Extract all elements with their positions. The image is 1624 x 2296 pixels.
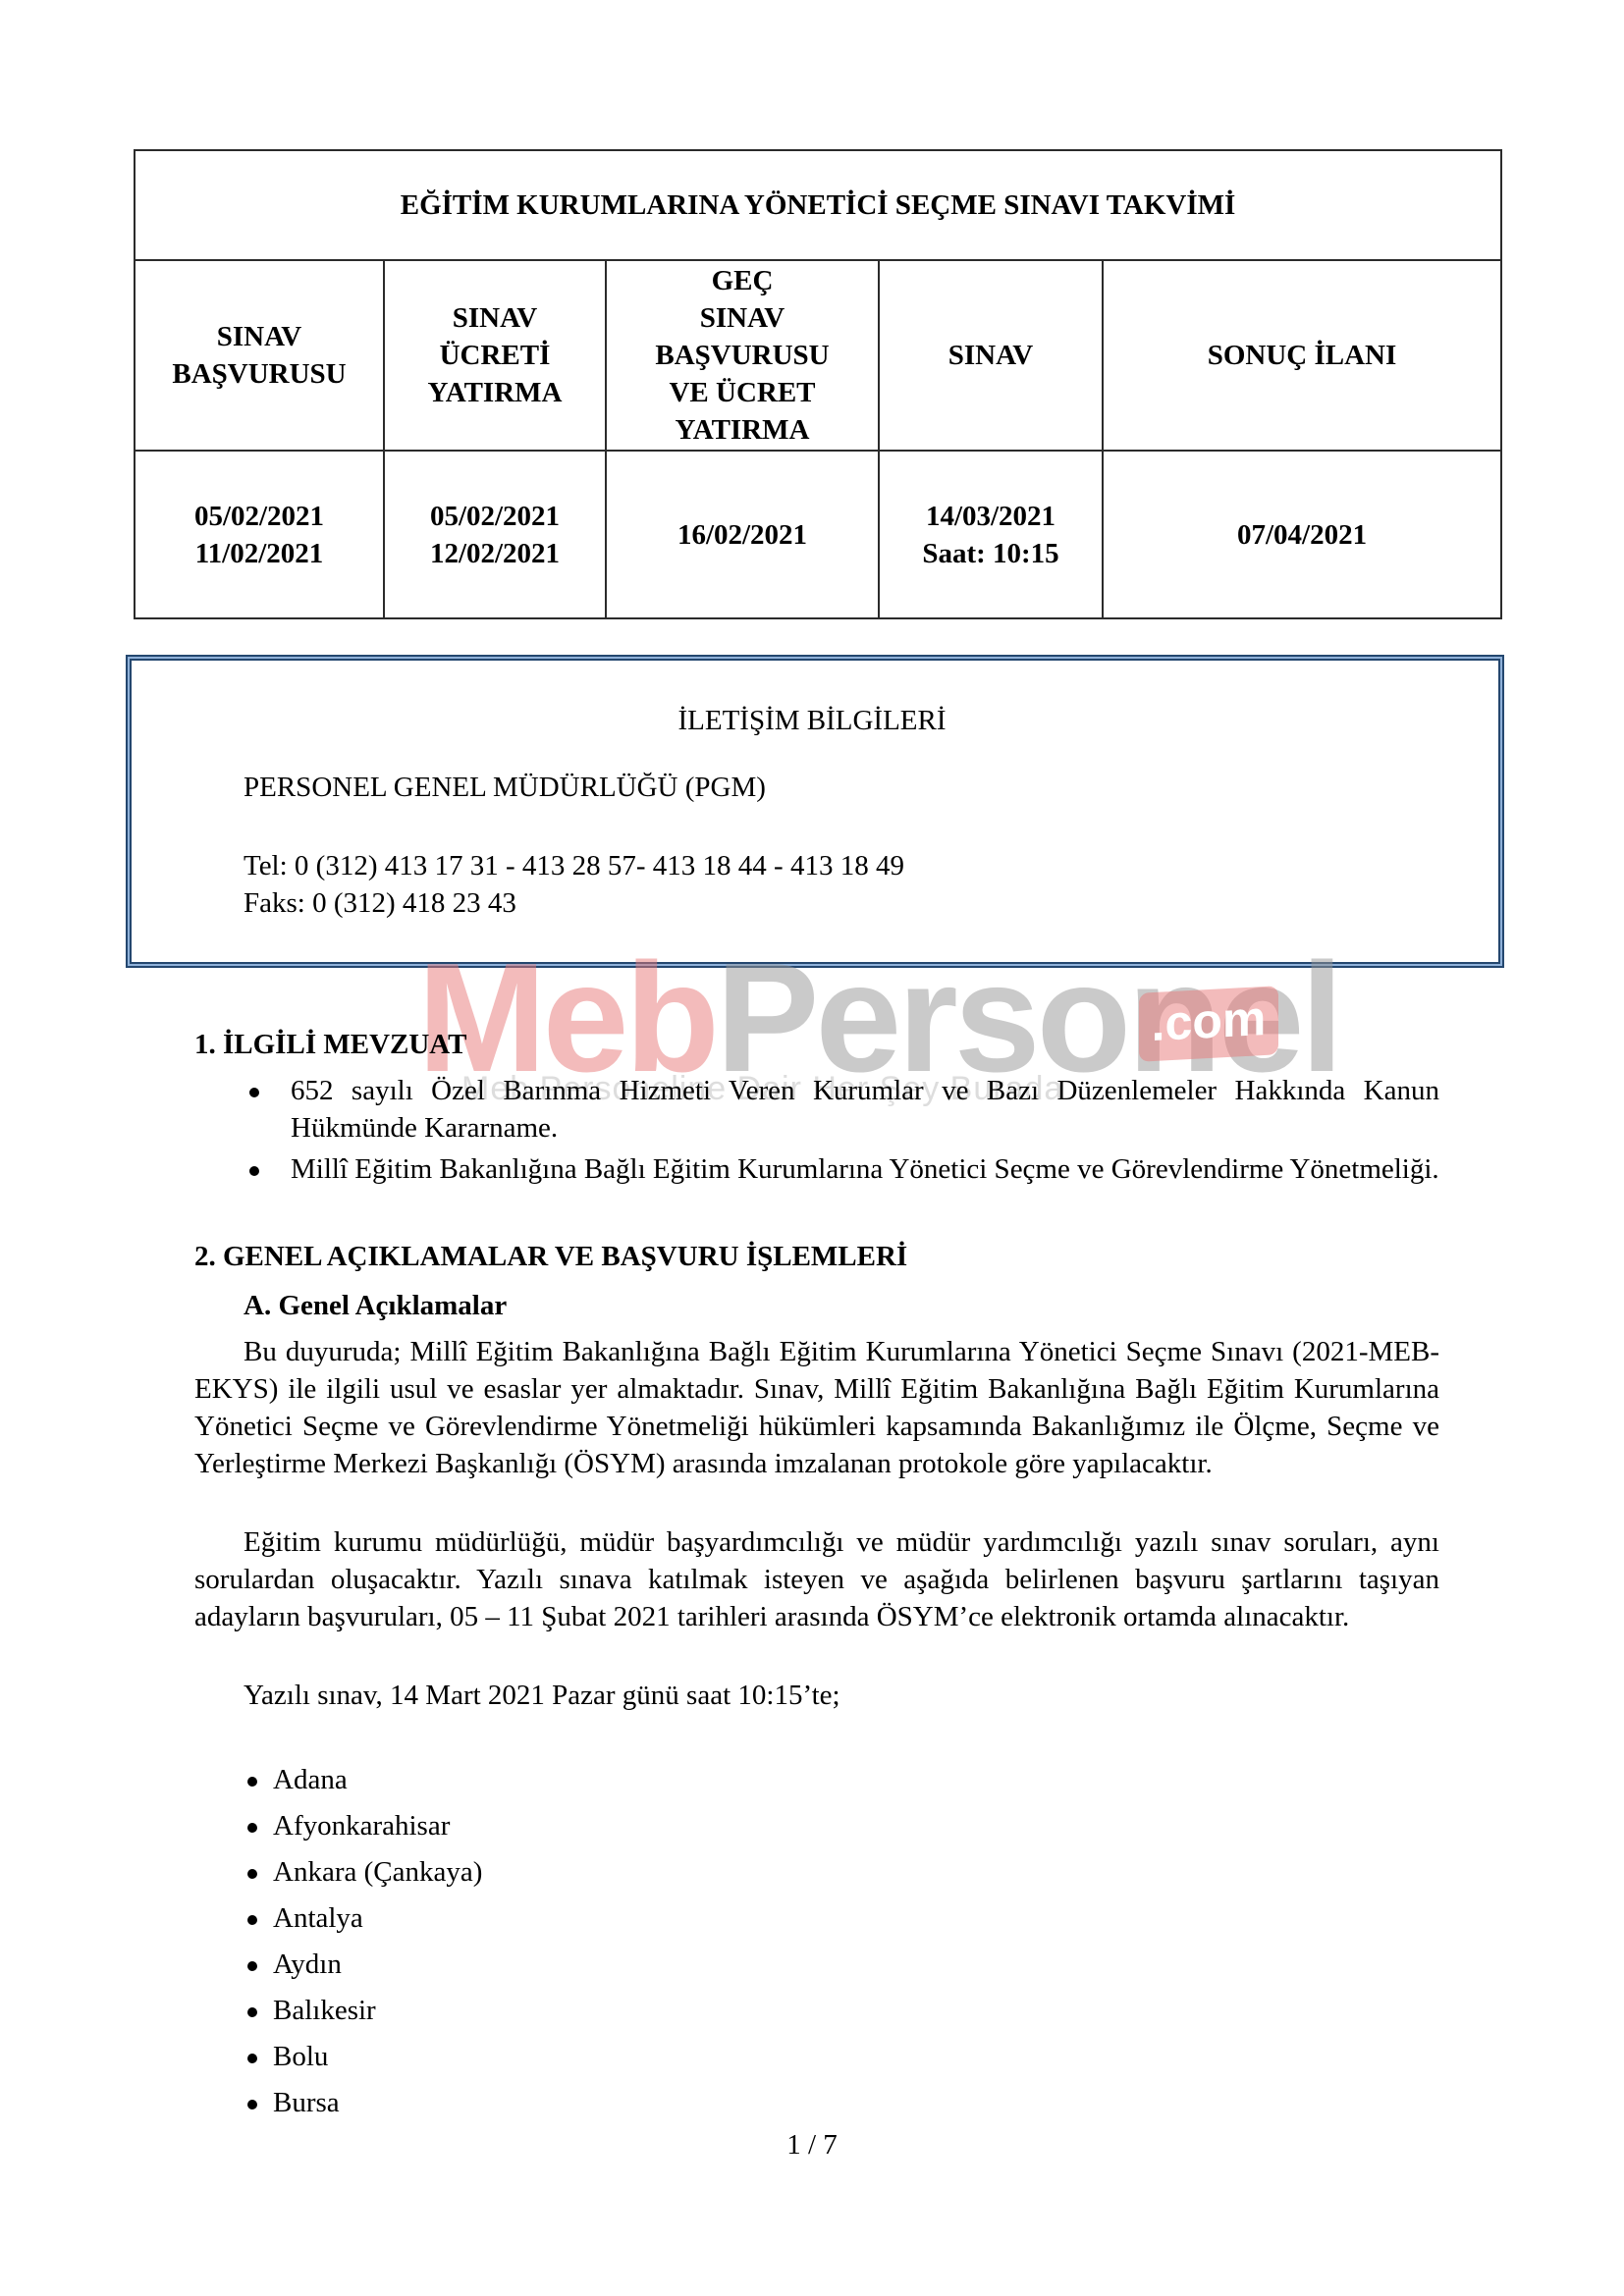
date-line: Saat: 10:15 <box>880 535 1102 572</box>
header-line: SINAV <box>385 299 605 337</box>
date-line: 05/02/2021 <box>385 498 605 535</box>
date-cell: 05/02/202112/02/2021 <box>384 451 606 618</box>
paragraph: Eğitim kurumu müdürlüğü, müdür başyardım… <box>194 1523 1439 1635</box>
header-line: GEÇ <box>607 262 878 299</box>
header-line: SINAV <box>607 299 878 337</box>
subsection-a-heading: A. Genel Açıklamalar <box>244 1288 507 1323</box>
date-cell: 14/03/2021Saat: 10:15 <box>879 451 1103 618</box>
header-line: BAŞVURUSU <box>607 337 878 374</box>
city-item: Afyonkarahisar <box>245 1803 482 1849</box>
city-item: Balıkesir <box>245 1988 482 2034</box>
city-item: Antalya <box>245 1896 482 1942</box>
section-2-heading: 2. GENEL AÇIKLAMALAR VE BAŞVURU İŞLEMLER… <box>194 1239 907 1274</box>
header-line: SINAV <box>135 318 383 355</box>
schedule-date-row: 05/02/202111/02/2021 05/02/202112/02/202… <box>135 451 1501 618</box>
header-line: SINAV <box>880 337 1102 374</box>
city-item: Aydın <box>245 1942 482 1988</box>
header-cell: SONUÇ İLANI <box>1103 260 1501 451</box>
header-line: VE ÜCRET <box>607 374 878 411</box>
city-item: Bolu <box>245 2034 482 2080</box>
date-line: 14/03/2021 <box>880 498 1102 535</box>
header-cell: SINAVÜCRETİYATIRMA <box>384 260 606 451</box>
date-cell: 05/02/202111/02/2021 <box>135 451 384 618</box>
date-line: 12/02/2021 <box>385 535 605 572</box>
header-line: ÜCRETİ <box>385 337 605 374</box>
exam-schedule-table: EĞİTİM KURUMLARINA YÖNETİCİ SEÇME SINAVI… <box>134 149 1502 619</box>
regulation-list: 652 sayılı Özel Barınma Hizmeti Veren Ku… <box>244 1072 1439 1192</box>
header-line: YATIRMA <box>385 374 605 411</box>
paragraph: Bu duyuruda; Millî Eğitim Bakanlığına Ba… <box>194 1333 1439 1482</box>
paragraph: Yazılı sınav, 14 Mart 2021 Pazar günü sa… <box>194 1677 1439 1714</box>
city-item: Adana <box>245 1757 482 1803</box>
city-item: Bursa <box>245 2080 482 2126</box>
contact-phone: Tel: 0 (312) 413 17 31 - 413 28 57- 413 … <box>244 848 904 883</box>
date-line: 07/04/2021 <box>1104 516 1500 554</box>
header-line: YATIRMA <box>607 411 878 449</box>
contact-organization: PERSONEL GENEL MÜDÜRLÜĞÜ (PGM) <box>244 770 766 805</box>
date-cell: 07/04/2021 <box>1103 451 1501 618</box>
header-line: BAŞVURUSU <box>135 355 383 393</box>
header-line: SONUÇ İLANI <box>1104 337 1500 374</box>
city-item: Ankara (Çankaya) <box>245 1849 482 1896</box>
exam-city-list: Adana Afyonkarahisar Ankara (Çankaya) An… <box>245 1757 482 2126</box>
regulation-item: Millî Eğitim Bakanlığına Bağlı Eğitim Ku… <box>244 1150 1439 1188</box>
section-1-heading: 1. İLGİLİ MEVZUAT <box>194 1027 466 1062</box>
contact-info-box <box>126 655 1504 968</box>
date-cell: 16/02/2021 <box>606 451 879 618</box>
watermark-com-badge: .com <box>1139 986 1278 1061</box>
header-cell: SINAVBAŞVURUSU <box>135 260 384 451</box>
regulation-item: 652 sayılı Özel Barınma Hizmeti Veren Ku… <box>244 1072 1439 1147</box>
schedule-header-row: SINAVBAŞVURUSU SINAVÜCRETİYATIRMA GEÇSIN… <box>135 260 1501 451</box>
contact-title: İLETİŞİM BİLGİLERİ <box>0 703 1624 738</box>
date-line: 05/02/2021 <box>135 498 383 535</box>
header-cell: GEÇSINAVBAŞVURUSUVE ÜCRETYATIRMA <box>606 260 879 451</box>
header-cell: SINAV <box>879 260 1103 451</box>
schedule-title: EĞİTİM KURUMLARINA YÖNETİCİ SEÇME SINAVI… <box>135 150 1501 260</box>
date-line: 11/02/2021 <box>135 535 383 572</box>
page-number: 1 / 7 <box>0 2128 1624 2162</box>
date-line: 16/02/2021 <box>607 516 878 554</box>
contact-fax: Faks: 0 (312) 418 23 43 <box>244 885 516 921</box>
